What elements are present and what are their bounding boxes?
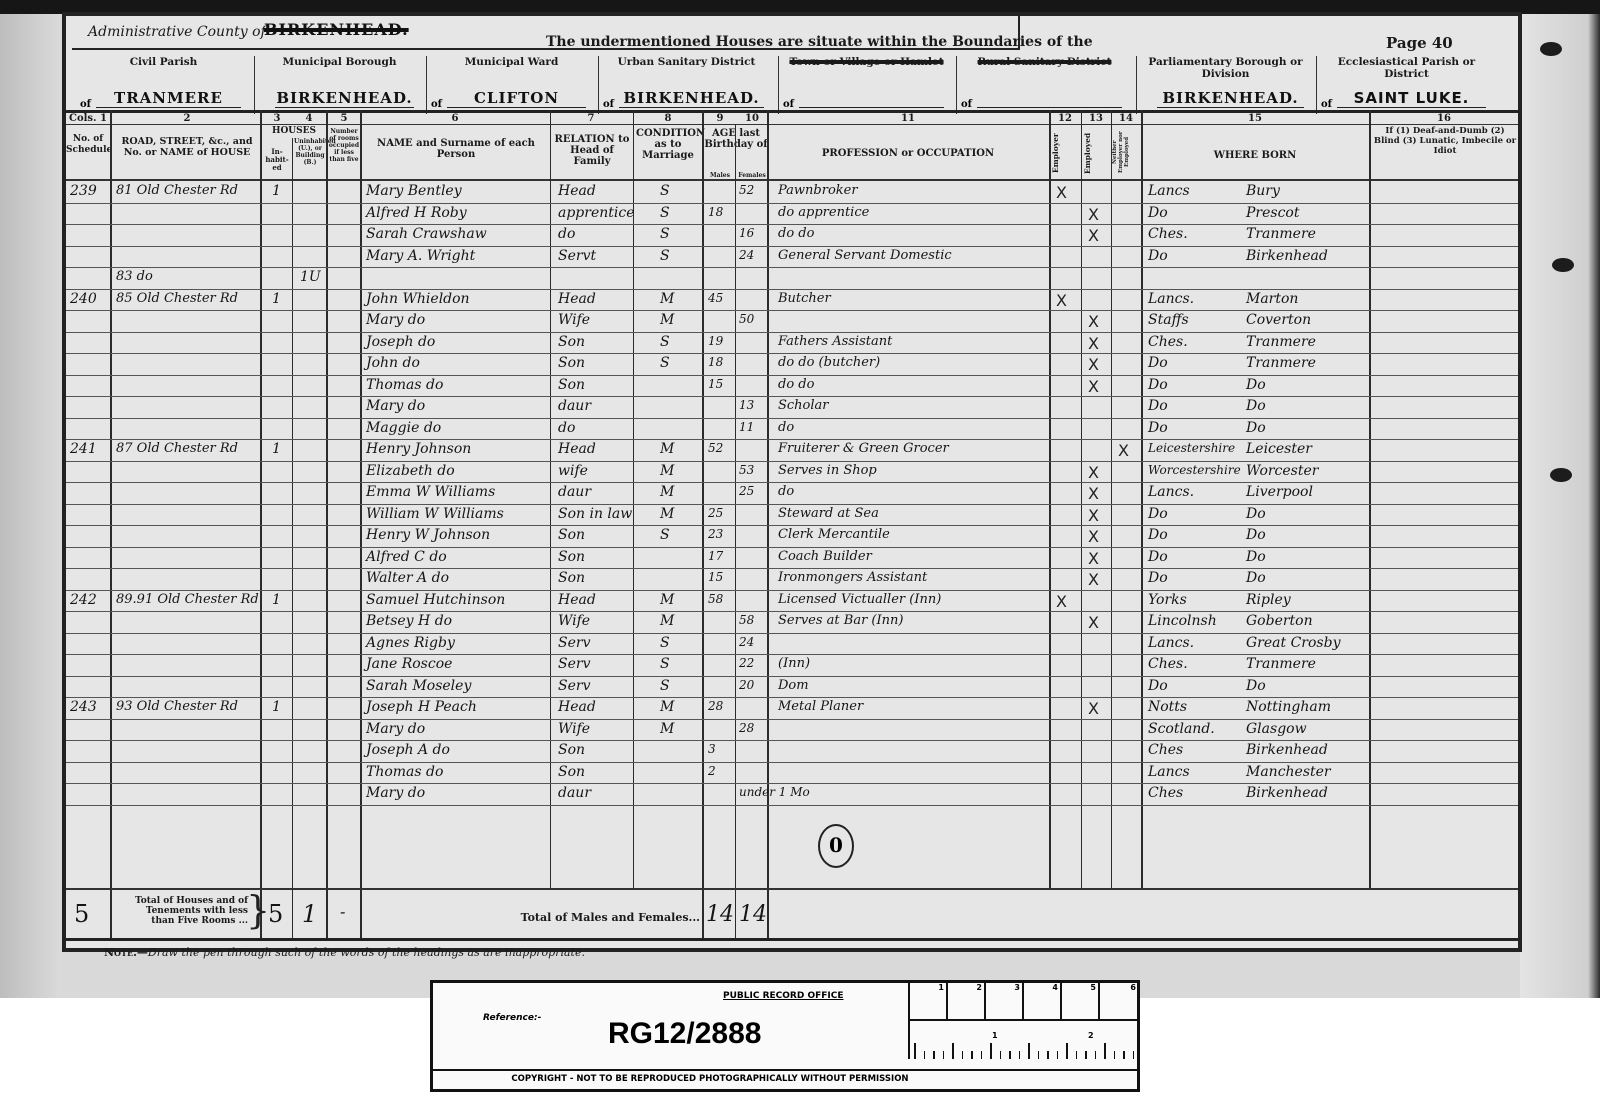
person-name: Mary Bentley <box>366 183 462 199</box>
person-name: Alfred H Roby <box>366 205 467 221</box>
person-name: Sarah Crawshaw <box>366 226 487 242</box>
person-name: Joseph H Peach <box>366 699 477 715</box>
ruler-tick <box>962 1051 964 1059</box>
schedule-number: 243 <box>70 699 97 715</box>
page-number: Page 40 <box>1386 34 1453 52</box>
relation: Servt <box>558 248 596 264</box>
male-age: 45 <box>708 291 723 305</box>
neither-mark: X <box>1118 441 1129 460</box>
occupation: Metal Planer <box>778 699 863 714</box>
total-rooms: - <box>340 902 345 921</box>
occupation: Clerk Mercantile <box>778 527 890 542</box>
male-age: 2 <box>708 764 716 778</box>
employed-mark: X <box>1088 377 1099 396</box>
relation: Son in law <box>558 506 632 522</box>
marital-condition: M <box>660 291 674 307</box>
binding-hole <box>1552 258 1574 272</box>
row-rule <box>66 267 1518 268</box>
born-place: Manchester <box>1246 764 1331 780</box>
header-uninhabited: Uninhabited (U.), or Building (B.) <box>294 138 326 166</box>
born-place: Glasgow <box>1246 721 1307 737</box>
female-age: 22 <box>739 656 754 670</box>
right-margin <box>1520 0 1600 998</box>
address: 89.91 Old Chester Rd <box>116 592 259 607</box>
person-name: Mary do <box>366 312 425 328</box>
ruler-tick <box>1066 1043 1068 1059</box>
ruler-tick <box>943 1051 945 1059</box>
admin-county-label: Administrative County of <box>88 24 266 40</box>
marital-condition: M <box>660 699 674 715</box>
person-name: Henry Johnson <box>366 441 471 457</box>
row-rule <box>66 654 1518 655</box>
ruler-tick <box>1019 1051 1021 1059</box>
occupation: do <box>778 420 794 435</box>
employed-mark: X <box>1088 355 1099 374</box>
col-number: 8 <box>634 113 702 124</box>
relation: Head <box>558 183 596 199</box>
marital-condition: M <box>660 441 674 457</box>
address: 81 Old Chester Rd <box>116 183 238 198</box>
total-inhabited: 5 <box>268 900 283 928</box>
marital-condition: S <box>660 183 670 199</box>
district-town-village-struck: Town or Village or Hamlet of <box>778 56 954 114</box>
person-name: Emma W Williams <box>366 484 495 500</box>
employed-mark: X <box>1088 334 1099 353</box>
col-rule <box>550 110 551 890</box>
col-number: 2 <box>112 113 262 124</box>
occupation: Coach Builder <box>778 549 872 564</box>
born-place: Do <box>1246 420 1266 436</box>
address: 85 Old Chester Rd <box>116 291 238 306</box>
female-age: 24 <box>739 635 754 649</box>
row-rule <box>66 611 1518 612</box>
relation: Serv <box>558 656 590 672</box>
col-rule <box>1369 110 1371 890</box>
male-age: 18 <box>708 205 723 219</box>
col-rule <box>1081 110 1082 890</box>
female-age: 53 <box>739 463 754 477</box>
born-place: Do <box>1246 398 1266 414</box>
person-name: Maggie do <box>366 420 441 436</box>
occupation: Licensed Victualler (Inn) <box>778 592 941 607</box>
rule <box>66 888 1518 890</box>
born-place: Worcester <box>1246 463 1318 479</box>
female-age: 16 <box>739 226 754 240</box>
born-place: Goberton <box>1246 613 1313 629</box>
col-number: 5 <box>328 113 360 124</box>
person-name: John do <box>366 355 420 371</box>
boundary-heading: The undermentioned Houses are situate wi… <box>546 34 1093 50</box>
occupation: Steward at Sea <box>778 506 879 521</box>
person-name: William W Williams <box>366 506 504 522</box>
born-place: Do <box>1246 570 1266 586</box>
scale-ruler: 1 2 3 4 5 6 1 2 <box>908 983 1137 1059</box>
born-county: Lancs. <box>1148 635 1194 651</box>
occupation: do apprentice <box>778 205 869 220</box>
born-place: Bury <box>1246 183 1280 199</box>
footnote: Note.—Draw the pen through such of the w… <box>104 946 585 959</box>
occupation: do do <box>778 377 814 392</box>
total-uninhabited: 1 <box>302 900 317 928</box>
born-place: Prescot <box>1246 205 1299 221</box>
left-margin <box>0 0 60 998</box>
male-age: 25 <box>708 506 723 520</box>
marital-condition: S <box>660 205 670 221</box>
header-where-born: WHERE BORN <box>1142 150 1368 161</box>
binding-hole <box>1550 468 1572 482</box>
occupation: Butcher <box>778 291 831 306</box>
marital-condition: M <box>660 721 674 737</box>
born-place: Tranmere <box>1246 656 1316 672</box>
relation: Son <box>558 570 585 586</box>
female-age: 25 <box>739 484 754 498</box>
born-place: Great Crosby <box>1246 635 1340 651</box>
address: 93 Old Chester Rd <box>116 699 238 714</box>
employed-mark: X <box>1088 463 1099 482</box>
header-employer: Employer <box>1050 128 1080 178</box>
born-county: Do <box>1148 678 1168 694</box>
person-name: Jane Roscoe <box>366 656 452 672</box>
born-county: Do <box>1148 420 1168 436</box>
occupation: do do <box>778 226 814 241</box>
col-number: 7 <box>551 113 631 124</box>
employer-mark: X <box>1056 592 1067 611</box>
marital-condition: M <box>660 613 674 629</box>
ruler-tick <box>924 1051 926 1059</box>
total-males: 14 <box>706 902 734 927</box>
col-number: 4 <box>294 113 324 124</box>
header-infirmity: If (1) Deaf-and-Dumb (2) Blind (3) Lunat… <box>1372 126 1518 156</box>
male-age: 19 <box>708 334 723 348</box>
relation: Head <box>558 291 596 307</box>
born-county: Ches. <box>1148 656 1188 672</box>
born-county: Notts <box>1148 699 1187 715</box>
born-place: Liverpool <box>1246 484 1313 500</box>
col-number: 9 <box>704 113 736 124</box>
female-age: 24 <box>739 248 754 262</box>
district-rural-sanitary-struck: Rural Sanitary District of <box>956 56 1132 114</box>
born-county: Scotland. <box>1148 721 1215 737</box>
row-rule <box>66 568 1518 569</box>
female-age: 28 <box>739 721 754 735</box>
inhabited-mark: 1 <box>272 699 281 715</box>
header-condition: CONDITION as to Marriage <box>636 128 700 161</box>
person-name: Walter A do <box>366 570 449 586</box>
born-county: Do <box>1148 248 1168 264</box>
employed-mark: X <box>1088 226 1099 245</box>
born-county: Worcestershire <box>1148 463 1241 477</box>
ruler-tick <box>1000 1051 1002 1059</box>
marital-condition: S <box>660 248 670 264</box>
row-rule <box>66 525 1518 526</box>
female-age: 58 <box>739 613 754 627</box>
row-rule <box>66 719 1518 720</box>
row-rule <box>66 762 1518 763</box>
male-age: 28 <box>708 699 723 713</box>
person-name: Agnes Rigby <box>366 635 455 651</box>
header-road: ROAD, STREET, &c., and No. or NAME of HO… <box>114 136 260 158</box>
col-rule <box>1141 110 1143 890</box>
marital-condition: S <box>660 527 670 543</box>
occupation: Fruiterer & Green Grocer <box>778 441 949 456</box>
ruler-tick <box>1038 1051 1040 1059</box>
inhabited-mark: 1 <box>272 183 281 199</box>
occupation: do <box>778 484 794 499</box>
header-houses: HOUSES <box>262 126 326 137</box>
born-county: Lancs. <box>1148 291 1194 307</box>
district-civil-parish: Civil Parish of TRANMERE <box>76 56 251 114</box>
header-males: Males <box>704 170 736 181</box>
born-county: Do <box>1148 398 1168 414</box>
female-age: 20 <box>739 678 754 692</box>
relation: Wife <box>558 721 590 737</box>
ruler-tick <box>933 1051 935 1059</box>
person-name: Thomas do <box>366 764 443 780</box>
inhabited-mark: 1 <box>272 441 281 457</box>
address: 87 Old Chester Rd <box>116 441 238 456</box>
row-rule <box>66 697 1518 698</box>
col-number: 16 <box>1370 113 1518 124</box>
col-number: 10 <box>736 113 768 124</box>
reference-label: Reference:- <box>483 1013 541 1023</box>
relation: Son <box>558 549 585 565</box>
rule <box>66 179 1518 181</box>
binding-hole <box>1540 42 1562 56</box>
person-name: Mary do <box>366 398 425 414</box>
header-relation: RELATION to Head of Family <box>552 134 632 167</box>
employed-mark: X <box>1088 312 1099 331</box>
col-number: 6 <box>362 113 548 124</box>
relation: daur <box>558 398 591 414</box>
col-rule <box>633 110 634 890</box>
ruler-tick <box>1133 1051 1135 1059</box>
row-rule <box>66 332 1518 333</box>
ruler-tick <box>1085 1051 1087 1059</box>
col-number: 13 <box>1082 113 1110 124</box>
born-place: Birkenhead <box>1246 248 1328 264</box>
relation: Wife <box>558 312 590 328</box>
male-age: 23 <box>708 527 723 541</box>
marital-condition: M <box>660 312 674 328</box>
header-neither: Neither Employer nor Employed <box>1112 126 1140 178</box>
relation: Son <box>558 764 585 780</box>
ruler-tick <box>1009 1051 1011 1059</box>
ruler-tick <box>1057 1051 1059 1059</box>
born-county: Lancs <box>1148 183 1190 199</box>
person-name: Joseph A do <box>366 742 450 758</box>
col-rule <box>1111 110 1112 890</box>
marital-condition: S <box>660 334 670 350</box>
born-place: Birkenhead <box>1246 742 1328 758</box>
relation: Head <box>558 441 596 457</box>
header-age: AGE last Birthday of <box>704 128 768 150</box>
ruler-tick <box>1047 1051 1049 1059</box>
col-rule <box>1049 110 1051 890</box>
born-place: Nottingham <box>1246 699 1331 715</box>
uninhabited-mark: 1U <box>300 269 321 285</box>
schedule-number: 241 <box>70 441 97 457</box>
row-rule <box>66 547 1518 548</box>
reference-card: PUBLIC RECORD OFFICE Reference:- RG12/28… <box>430 980 1140 1092</box>
occupation: General Servant Domestic <box>778 248 952 263</box>
header-rooms: Number of rooms occupied if less than fi… <box>328 128 360 163</box>
male-age: 17 <box>708 549 723 563</box>
ruler-tick <box>1028 1043 1030 1059</box>
born-county: Do <box>1148 377 1168 393</box>
census-form: Administrative County of BIRKENHEAD. The… <box>62 12 1522 952</box>
relation: Head <box>558 592 596 608</box>
born-county: Lincolnsh <box>1148 613 1217 629</box>
female-age: under 1 Mo <box>739 785 810 799</box>
schedule-number: 239 <box>70 183 97 199</box>
relation: wife <box>558 463 588 479</box>
born-place: Do <box>1246 678 1266 694</box>
occupation: (Inn) <box>778 656 810 671</box>
occupation: do do (butcher) <box>778 355 880 370</box>
header-schedule: No. of Schedule <box>66 134 110 156</box>
born-county: Staffs <box>1148 312 1189 328</box>
person-name: Joseph do <box>366 334 435 350</box>
relation: Head <box>558 699 596 715</box>
person-name: Betsey H do <box>366 613 452 629</box>
relation: Son <box>558 355 585 371</box>
brace: } <box>246 888 270 932</box>
ruler-tick <box>971 1051 973 1059</box>
born-place: Coverton <box>1246 312 1311 328</box>
totals-houses-label: Total of Houses and of Tenements with le… <box>120 896 248 926</box>
marital-condition: M <box>660 592 674 608</box>
relation: Son <box>558 377 585 393</box>
male-age: 18 <box>708 355 723 369</box>
born-county: Leicestershire <box>1148 441 1235 455</box>
header-name: NAME and Surname of each Person <box>366 138 546 160</box>
district-parliamentary-borough: Parliamentary Borough or Division BIRKEN… <box>1136 56 1314 114</box>
male-age: 15 <box>708 377 723 391</box>
header-employed: Employed <box>1082 128 1110 178</box>
born-county: Lancs. <box>1148 484 1194 500</box>
occupation: Scholar <box>778 398 829 413</box>
employer-mark: X <box>1056 183 1067 202</box>
relation: Wife <box>558 613 590 629</box>
born-county: Do <box>1148 549 1168 565</box>
address: 83 do <box>116 269 153 284</box>
schedule-number: 242 <box>70 592 97 608</box>
born-place: Do <box>1246 549 1266 565</box>
row-rule <box>66 418 1518 419</box>
born-place: Tranmere <box>1246 334 1316 350</box>
employed-mark: X <box>1088 570 1099 589</box>
inhabited-mark: 1 <box>272 291 281 307</box>
district-ecclesiastical-parish: Ecclesiastical Parish or District of SAI… <box>1316 56 1496 114</box>
row-rule <box>66 805 1518 806</box>
female-age: 50 <box>739 312 754 326</box>
male-age: 3 <box>708 742 716 756</box>
ruler-tick <box>1114 1051 1116 1059</box>
person-name: Thomas do <box>366 377 443 393</box>
ruler-tick <box>990 1043 992 1059</box>
ruler-tick <box>952 1043 954 1059</box>
born-county: Do <box>1148 205 1168 221</box>
admin-county-value: BIRKENHEAD. <box>264 20 409 39</box>
born-county: Do <box>1148 355 1168 371</box>
col-number: 15 <box>1142 113 1368 124</box>
row-rule <box>66 396 1518 397</box>
male-age: 58 <box>708 592 723 606</box>
marital-condition: S <box>660 635 670 651</box>
born-county: Ches <box>1148 785 1183 801</box>
born-county: Ches <box>1148 742 1183 758</box>
occupation: Serves at Bar (Inn) <box>778 613 903 628</box>
district-urban-sanitary: Urban Sanitary District of BIRKENHEAD. <box>598 56 774 114</box>
circled-annotation: 0 <box>818 824 854 868</box>
row-rule <box>66 439 1518 440</box>
marital-condition: M <box>660 506 674 522</box>
person-name: John Whieldon <box>366 291 470 307</box>
born-county: Do <box>1148 506 1168 522</box>
occupation: Serves in Shop <box>778 463 877 478</box>
born-place: Do <box>1246 377 1266 393</box>
totals-mf-label: Total of Males and Females... <box>486 912 700 923</box>
total-schedules: 5 <box>74 900 89 928</box>
row-rule <box>66 482 1518 483</box>
ruler-tick <box>1123 1051 1125 1059</box>
relation: daur <box>558 484 591 500</box>
born-county: Lancs <box>1148 764 1190 780</box>
col-number: 11 <box>768 113 1048 124</box>
born-place: Tranmere <box>1246 355 1316 371</box>
marital-condition: S <box>660 656 670 672</box>
relation: Serv <box>558 635 590 651</box>
born-place: Ripley <box>1246 592 1291 608</box>
person-name: Elizabeth do <box>366 463 455 479</box>
born-county: Yorks <box>1148 592 1187 608</box>
person-name: Sarah Moseley <box>366 678 471 694</box>
born-place: Do <box>1246 527 1266 543</box>
ruler-tick <box>1076 1051 1078 1059</box>
employed-mark: X <box>1088 699 1099 718</box>
col-number: Cols. 1 <box>66 113 110 124</box>
person-name: Mary do <box>366 721 425 737</box>
marital-condition: M <box>660 484 674 500</box>
header-inhabited: In-habit-ed <box>262 148 292 172</box>
born-county: Ches. <box>1148 226 1188 242</box>
col-rule <box>292 138 293 940</box>
born-county: Do <box>1148 527 1168 543</box>
relation: do <box>558 226 575 242</box>
row-rule <box>66 353 1518 354</box>
header-females: Females <box>736 170 768 181</box>
ruler-tick <box>1104 1043 1106 1059</box>
employed-mark: X <box>1088 549 1099 568</box>
copyright-notice: COPYRIGHT - NOT TO BE REPRODUCED PHOTOGR… <box>433 1069 1137 1089</box>
marital-condition: M <box>660 463 674 479</box>
female-age: 11 <box>739 420 754 434</box>
female-age: 13 <box>739 398 754 412</box>
row-rule <box>66 590 1518 591</box>
employed-mark: X <box>1088 506 1099 525</box>
born-place: Do <box>1246 506 1266 522</box>
relation: Serv <box>558 678 590 694</box>
row-rule <box>66 504 1518 505</box>
reference-number: RG12/2888 <box>608 1017 761 1051</box>
marital-condition: S <box>660 678 670 694</box>
person-name: Mary A. Wright <box>366 248 475 264</box>
employed-mark: X <box>1088 484 1099 503</box>
female-age: 52 <box>739 183 754 197</box>
col-number: 14 <box>1112 113 1140 124</box>
occupation: Pawnbroker <box>778 183 858 198</box>
born-county: Do <box>1148 570 1168 586</box>
